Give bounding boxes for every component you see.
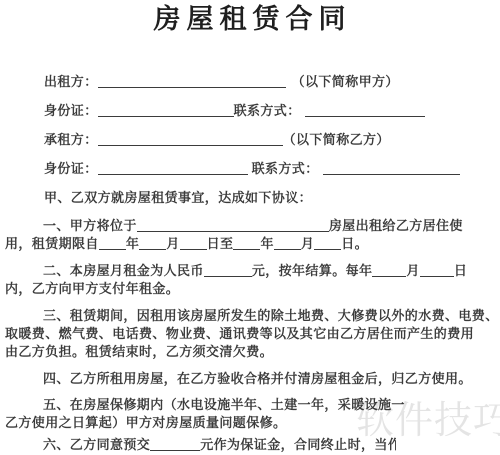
clause-2-text: 日: [454, 263, 467, 278]
lessor-label: 出租方：: [44, 74, 98, 89]
clause-2: 二、本房屋月租金为人民币元，按年结算。每年月日 内，乙方向甲方支付年租金。: [5, 262, 500, 298]
clause-1-text: 月: [166, 236, 179, 251]
clause-5-line-2: 乙方使用之日算起）甲方对房屋质量问题保修。: [5, 414, 500, 432]
clause-1-line-2: 用，租赁期限自年月日至年月日。: [5, 235, 500, 253]
clause-1-text: 日。: [341, 236, 368, 251]
month-blank-underline: [274, 237, 301, 250]
day-blank-underline: [180, 237, 207, 250]
clause-5-line-1: 五、在房屋保修期内（水电设施半年、土建一年，采暖设施一: [5, 396, 500, 414]
lessor-id-blank-underline: [98, 104, 234, 117]
clause-1-text: 一、甲方将位于: [43, 218, 137, 233]
lessee-blank-underline: [98, 133, 283, 146]
clause-5: 五、在房屋保修期内（水电设施半年、土建一年，采暖设施一 乙方使用之日算起）甲方对…: [5, 396, 500, 432]
clause-3-line-2: 取暖费、燃气费、电话费、物业费、通讯费等以及其它由乙方居住而产生的费用: [5, 325, 500, 343]
rent-amount-blank-underline: [204, 264, 252, 277]
clause-1-text: 月: [301, 236, 314, 251]
year-blank-underline: [233, 237, 260, 250]
clause-1-text: 年: [126, 236, 139, 251]
clause-4: 四、乙方所租用房屋，在乙方验收合格并付清房屋租金后，归乙方使用。: [5, 370, 500, 388]
clause-2-text: 二、本房屋月租金为人民币: [43, 263, 204, 278]
clause-1: 一、甲方将位于房屋出租给乙方居住使 用，租赁期限自年月日至年月日。: [5, 217, 500, 253]
lessee-id-blank-underline: [98, 162, 248, 175]
clause-1-text: 用，租赁期限自: [5, 236, 99, 251]
lessor-note: （以下简称甲方）: [292, 74, 399, 89]
lessor-contact-blank-underline: [305, 104, 425, 117]
clause-6-text: 六、乙方同意预交: [43, 437, 150, 452]
clause-1-line-1: 一、甲方将位于房屋出租给乙方居住使: [5, 217, 500, 235]
day-blank-underline: [420, 264, 454, 277]
clause-6-text: 元作为保证金，合同终止时，当: [200, 437, 388, 452]
deposit-amount-blank-underline: [150, 438, 200, 451]
clause-3-line-3: 由乙方负担。租赁结束时，乙方须交清欠费。: [5, 343, 500, 361]
lessee-label: 承租方：: [44, 132, 98, 147]
clause-6-line-1: 六、乙方同意预交元作为保证金，合同终止时，当作: [5, 436, 500, 454]
clause-2-line-1: 二、本房屋月租金为人民币元，按年结算。每年月日: [5, 262, 500, 280]
month-blank-underline: [372, 264, 406, 277]
lessor-id-label: 身份证：: [44, 103, 98, 118]
clause-6-clipped-char: 作: [388, 436, 396, 454]
lessee-id-label: 身份证：: [44, 161, 98, 176]
lessee-row: 承租方：（以下简称乙方）: [44, 132, 500, 147]
lessee-contact-label: 联系方式：: [252, 161, 319, 176]
month-blank-underline: [139, 237, 166, 250]
clause-6: 六、乙方同意预交元作为保证金，合同终止时，当作: [5, 436, 500, 454]
clause-1-text: 房屋出租给乙方居住使: [329, 218, 463, 233]
clause-1-text: 年: [260, 236, 273, 251]
clause-3-line-1: 三、租赁期间，因租用该房屋所发生的除土地费、大修费以外的水费、电费、: [5, 307, 500, 325]
lessee-note: （以下简称乙方）: [283, 132, 390, 147]
address-blank-underline: [137, 219, 329, 232]
lessor-id-row: 身份证：联系方式：: [44, 103, 500, 118]
clause-3: 三、租赁期间，因租用该房屋所发生的除土地费、大修费以外的水费、电费、 取暖费、燃…: [5, 307, 500, 361]
clause-2-text: 月: [406, 263, 419, 278]
clause-1-text: 日至: [207, 236, 234, 251]
lessor-contact-label: 联系方式：: [234, 103, 301, 118]
lessee-id-row: 身份证：联系方式：: [44, 161, 500, 176]
party-fields: 出租方：（以下简称甲方） 身份证：联系方式： 承租方：（以下简称乙方） 身份证：…: [5, 74, 500, 176]
clause-2-text: 元，按年结算。每年: [252, 263, 373, 278]
lessor-blank-underline: [98, 75, 286, 88]
clause-4-line-1: 四、乙方所租用房屋，在乙方验收合格并付清房屋租金后，归乙方使用。: [5, 370, 500, 388]
lessor-row: 出租方：（以下简称甲方）: [44, 74, 500, 89]
year-blank-underline: [99, 237, 126, 250]
clause-2-line-2: 内，乙方向甲方支付年租金。: [5, 280, 500, 298]
document-title: 房屋租赁合同: [5, 0, 500, 34]
contract-document: 房屋租赁合同 出租方：（以下简称甲方） 身份证：联系方式： 承租方：（以下简称乙…: [0, 0, 500, 454]
lessee-contact-blank-underline: [323, 162, 460, 175]
intro-line: 甲、乙双方就房屋租赁事宜，达成如下协议：: [44, 190, 500, 205]
day-blank-underline: [314, 237, 341, 250]
